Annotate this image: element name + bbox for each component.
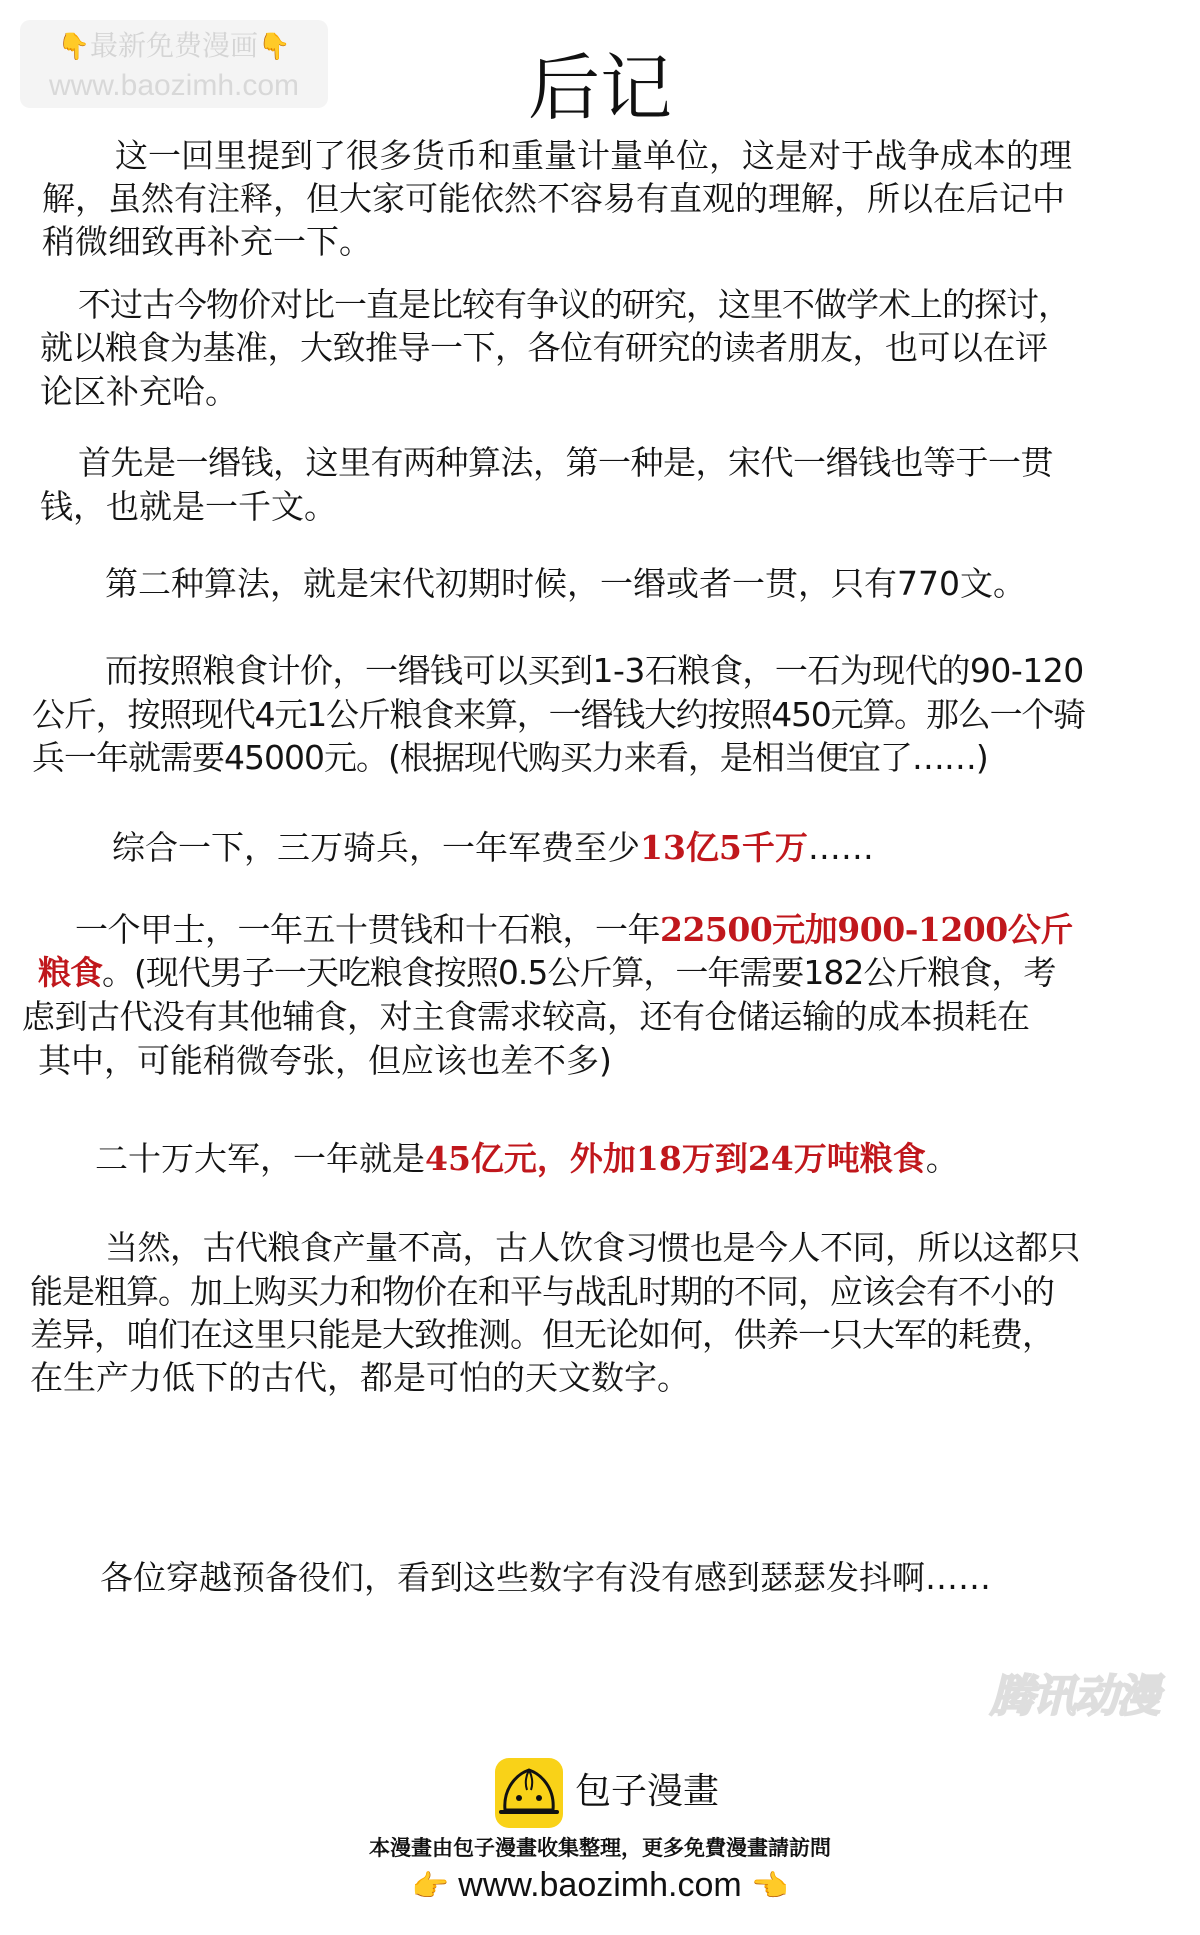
paragraph-line: 就以粮食为基准，大致推导一下，各位有研究的读者朋友，也可以在评 <box>40 328 1048 368</box>
text-segment: 综合一下，三万骑兵，一年军费至少 <box>112 828 640 867</box>
paragraph-line: 二十万大军，一年就是45亿元，外加18万到24万吨粮食。 <box>95 1139 959 1179</box>
highlight-figure: 粮食 <box>38 953 102 992</box>
highlight-figure: 13亿5千万 <box>640 828 808 867</box>
paragraph-line: 粮食。(现代男子一天吃粮食按照0.5公斤算，一年需要182公斤粮食，考 <box>38 953 1055 993</box>
pointing-left-hand-icon: 👈 <box>751 1870 788 1903</box>
highlight-figure: 22500元加900-1200公斤 <box>660 910 1073 949</box>
paragraph-line: 各位穿越预备役们，看到这些数字有没有感到瑟瑟发抖啊…… <box>100 1558 991 1598</box>
tencent-comics-watermark: 腾讯动漫 <box>990 1660 1158 1724</box>
paragraph-line: 稍微细致再补充一下。 <box>42 222 372 262</box>
paragraph-line: 论区补充哈。 <box>40 372 238 412</box>
highlight-figure: 45亿元，外加18万到24万吨粮食 <box>425 1139 926 1178</box>
footer-url-line: 👉 www.baozimh.com 👈 <box>0 1864 1200 1908</box>
paragraph-line: 综合一下，三万骑兵，一年军费至少13亿5千万…… <box>112 828 874 868</box>
footer-url-link[interactable]: www.baozimh.com <box>458 1866 741 1904</box>
paragraph-line: 当然，古代粮食产量不高，古人饮食习惯也是今人不同，所以这都只 <box>105 1228 1080 1268</box>
paragraph-line: 这一回里提到了很多货币和重量计量单位，这是对于战争成本的理 <box>115 136 1072 176</box>
bun-face-icon <box>495 1758 563 1828</box>
text-segment: 二十万大军，一年就是 <box>95 1139 425 1178</box>
footer-brand-name: 包子漫畫 <box>575 1770 719 1814</box>
text-segment: …… <box>808 828 874 867</box>
paragraph-line: 解，虽然有注释，但大家可能依然不容易有直观的理解，所以在后记中 <box>42 179 1065 219</box>
footer-notice: 本漫畫由包子漫畫收集整理，更多免費漫畫請訪問 <box>0 1834 1200 1862</box>
paragraph-line: 能是粗算。加上购买力和物价在和平与战乱时期的不同，应该会有不小的 <box>30 1272 1054 1312</box>
paragraph-line: 虑到古代没有其他辅食，对主食需求较高，还有仓储运输的成本损耗在 <box>22 997 1030 1037</box>
paragraph-line: 钱，也就是一千文。 <box>40 487 337 527</box>
page-title: 后记 <box>0 48 1200 128</box>
paragraph-line: 而按照粮食计价，一缗钱可以买到1-3石粮食，一石为现代的90-120 <box>105 651 1084 691</box>
text-segment: 一个甲士，一年五十贯钱和十石粮，一年 <box>75 910 660 949</box>
text-segment: 。 <box>926 1139 959 1178</box>
paragraph-line: 首先是一缗钱，这里有两种算法，第一种是，宋代一缗钱也等于一贯 <box>78 443 1053 483</box>
paragraph-line: 不过古今物价对比一直是比较有争议的研究，这里不做学术上的探讨， <box>78 285 1070 325</box>
text-segment: 。(现代男子一天吃粮食按照0.5公斤算，一年需要182公斤粮食，考 <box>102 953 1055 992</box>
baozi-logo-icon <box>495 1758 563 1828</box>
paragraph-line: 差异，咱们在这里只能是大致推测。但无论如何，供养一只大军的耗费， <box>30 1315 1054 1355</box>
paragraph-line: 在生产力低下的古代，都是可怕的天文数字。 <box>30 1358 690 1398</box>
paragraph-line: 公斤，按照现代4元1公斤粮食来算，一缗钱大约按照450元算。那么一个骑 <box>32 695 1085 735</box>
paragraph-line: 一个甲士，一年五十贯钱和十石粮，一年22500元加900-1200公斤 <box>75 910 1073 950</box>
paragraph-line: 其中，可能稍微夸张，但应该也差不多) <box>38 1041 612 1081</box>
paragraph-line: 第二种算法，就是宋代初期时候，一缗或者一贯，只有770文。 <box>105 564 1026 604</box>
paragraph-line: 兵一年就需要45000元。(根据现代购买力来看，是相当便宜了……) <box>32 738 988 778</box>
pointing-right-hand-icon: 👉 <box>411 1870 448 1903</box>
